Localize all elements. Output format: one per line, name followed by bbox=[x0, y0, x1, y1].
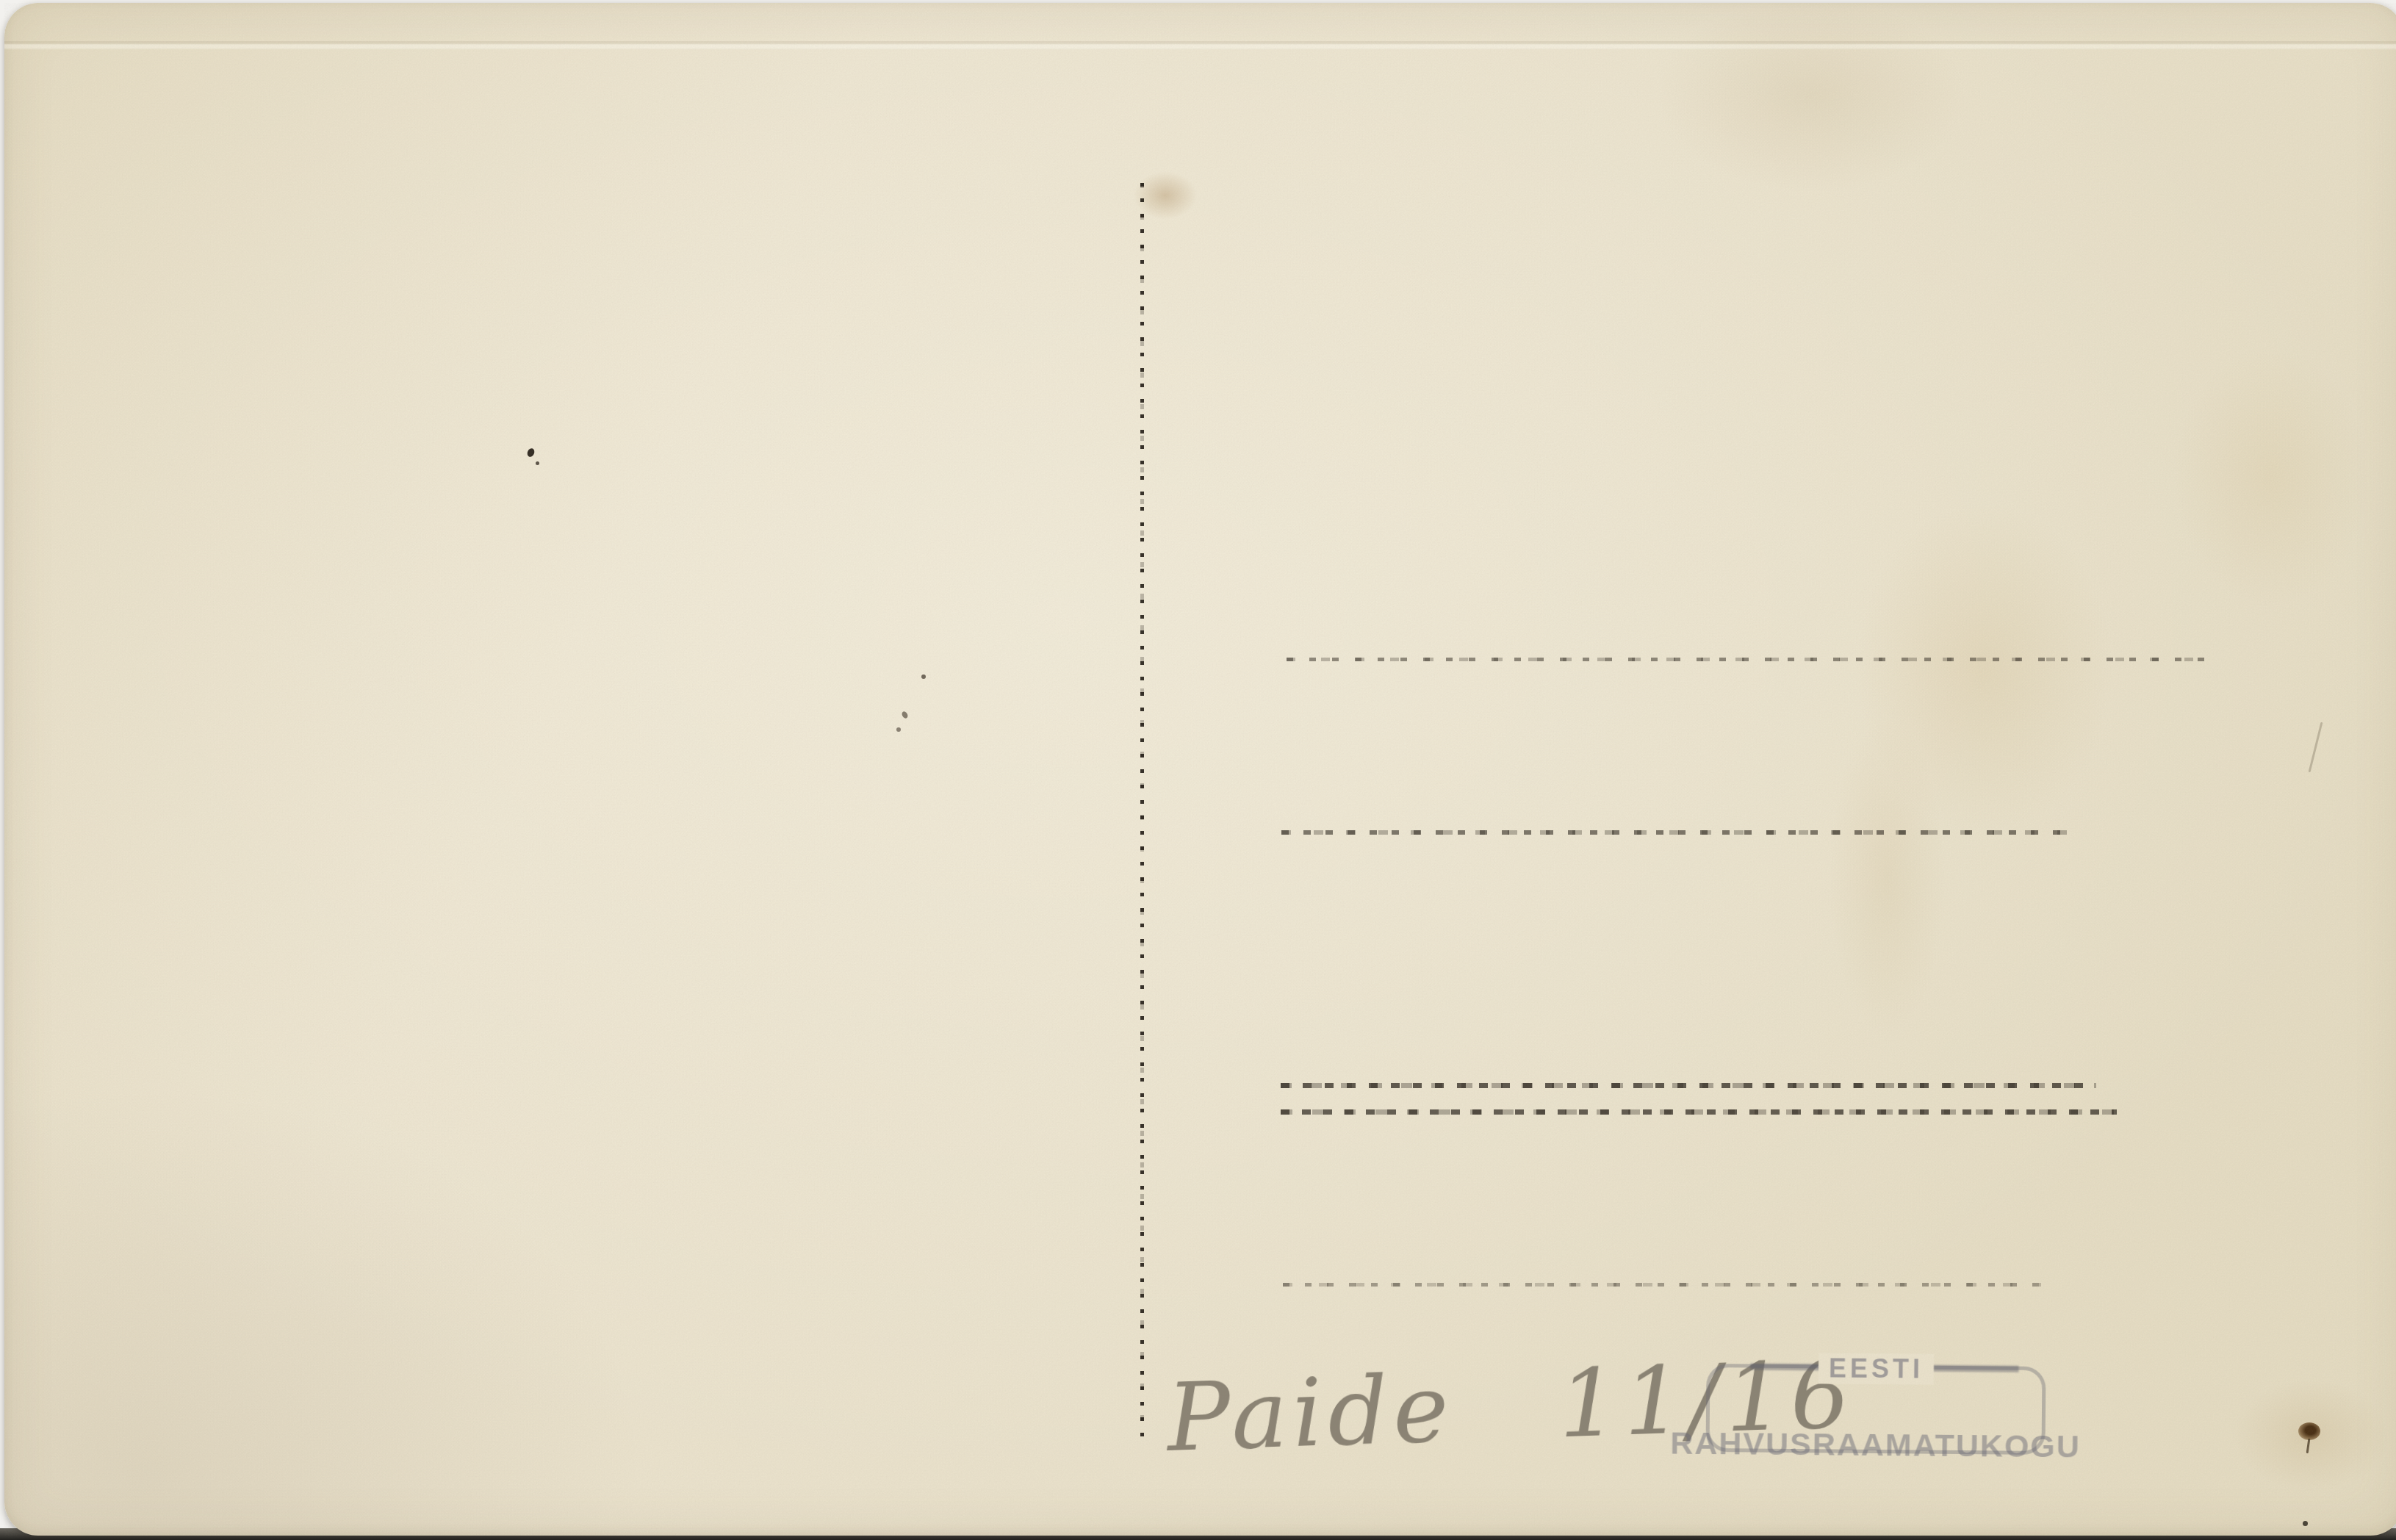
ink-speck bbox=[921, 674, 926, 679]
paper-grain-texture bbox=[4, 3, 2396, 1536]
ink-blot bbox=[2298, 1422, 2320, 1440]
ink-speck bbox=[901, 710, 909, 719]
stamp-ink-smudge bbox=[1926, 1365, 2018, 1372]
postcard-back: Paide 11/16 EESTI RAHVUSRAAMATUKOGU bbox=[4, 3, 2396, 1536]
address-line-3-upper bbox=[1281, 1083, 2096, 1088]
address-line-1 bbox=[1287, 658, 2206, 661]
ink-speck bbox=[526, 447, 536, 458]
ink-speck bbox=[2303, 1521, 2308, 1526]
ink-speck bbox=[536, 461, 539, 465]
ink-blot-tail bbox=[2306, 1439, 2311, 1453]
divider-dotted-line bbox=[1140, 183, 1144, 1436]
stamp-text-rahvusraamatukogu: RAHVUSRAAMATUKOGU bbox=[1670, 1426, 2081, 1466]
ink-speck bbox=[896, 727, 901, 732]
paper-crease bbox=[4, 41, 2396, 51]
stamp-text-eesti: EESTI bbox=[1818, 1353, 1934, 1384]
library-stamp: EESTI RAHVUSRAAMATUKOGU bbox=[1705, 1364, 2046, 1455]
address-line-2 bbox=[1281, 830, 2073, 835]
address-line-4 bbox=[1283, 1283, 2041, 1287]
address-line-3-lower bbox=[1281, 1109, 2117, 1115]
paper-fiber bbox=[2309, 722, 2323, 773]
